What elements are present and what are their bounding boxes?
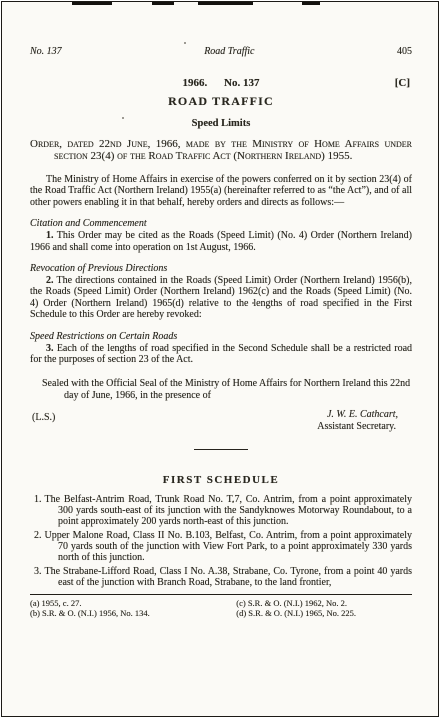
scan-artifact: [72, 2, 112, 5]
paragraph-number: 3.: [46, 343, 54, 354]
footnote: (b) S.R. & O. (N.I.) 1956, No. 134.: [30, 608, 236, 618]
masthead-number: No. 137: [224, 77, 259, 89]
paragraph-number: 2.: [46, 275, 54, 286]
footnote: (d) S.R. & O. (N.I.) 1965, No. 225.: [236, 608, 412, 618]
paragraph-text: Each of the lengths of road specified in…: [30, 343, 412, 365]
section-divider-rule: [194, 449, 248, 450]
document-title: ROAD TRAFFIC: [30, 94, 412, 109]
section-heading-revocation: Revocation of Previous Directions: [30, 263, 412, 275]
scan-speck: [184, 42, 186, 44]
scan-artifact: [152, 2, 174, 5]
footnote: (c) S.R. & O. (N.I.) 1962, No. 2.: [236, 598, 412, 608]
schedule-item-text: The Strabane-Lifford Road, Class I No. A…: [45, 566, 413, 588]
scan-speck: [232, 501, 234, 503]
paragraph-number: 1.: [46, 230, 54, 241]
running-head-number: No. 137: [30, 46, 62, 57]
schedule-item: 3.The Strabane-Lifford Road, Class I No.…: [34, 566, 412, 588]
masthead-year: 1966.: [183, 77, 208, 89]
section-heading-speed-restrictions: Speed Restrictions on Certain Roads: [30, 331, 412, 343]
corner-mark: [C]: [395, 77, 410, 89]
schedule-item: 2.Upper Malone Road, Class II No. B.103,…: [34, 530, 412, 563]
schedule-title: FIRST SCHEDULE: [30, 474, 412, 486]
scan-speck: [122, 117, 124, 119]
seal-mark: (L.S.): [32, 412, 55, 423]
masthead: 1966. No. 137 [C]: [30, 77, 412, 89]
preamble: The Ministry of Home Affairs in exercise…: [30, 174, 412, 208]
signatory-title: Assistant Secretary.: [317, 421, 396, 432]
scan-artifact: [198, 2, 253, 5]
schedule-item-number: 1.: [34, 494, 42, 505]
schedule-item-number: 2.: [34, 530, 42, 541]
footnotes: (a) 1955, c. 27. (b) S.R. & O. (N.I.) 19…: [30, 598, 412, 618]
scan-artifact: [302, 2, 320, 5]
running-head-title: Road Traffic: [204, 46, 254, 57]
section-paragraph-3: 3. Each of the lengths of road specified…: [30, 343, 412, 366]
running-head-page: 405: [397, 46, 412, 57]
paragraph-text: This Order may be cited as the Roads (Sp…: [30, 230, 412, 252]
section-heading-citation: Citation and Commencement: [30, 218, 412, 230]
footnote-rule: [30, 594, 412, 595]
schedule-item-number: 3.: [34, 566, 42, 577]
section-paragraph-1: 1. This Order may be cited as the Roads …: [30, 230, 412, 253]
sealing-clause: Sealed with the Official Seal of the Min…: [30, 378, 412, 401]
schedule-item-text: Upper Malone Road, Class II No. B.103, B…: [45, 530, 413, 563]
footnote-column-right: (c) S.R. & O. (N.I.) 1962, No. 2. (d) S.…: [236, 598, 412, 618]
footnote-column-left: (a) 1955, c. 27. (b) S.R. & O. (N.I.) 19…: [30, 598, 236, 618]
scanned-page: No. 137 Road Traffic 405 1966. No. 137 […: [1, 1, 439, 717]
document-subtitle: Speed Limits: [30, 118, 412, 129]
signature-block: (L.S.) J. W. E. Cathcart, Assistant Secr…: [30, 409, 412, 435]
paragraph-text: The directions contained in the Roads (S…: [30, 275, 412, 320]
running-head: No. 137 Road Traffic 405: [30, 46, 412, 57]
scan-speck: [252, 302, 254, 304]
signatory-name: J. W. E. Cathcart,: [327, 409, 398, 420]
section-paragraph-2: 2. The directions contained in the Roads…: [30, 275, 412, 321]
schedule-item-text: The Belfast-Antrim Road, Trunk Road No. …: [45, 494, 413, 527]
schedule-item: 1.The Belfast-Antrim Road, Trunk Road No…: [34, 494, 412, 527]
footnote: (a) 1955, c. 27.: [30, 598, 236, 608]
order-caption: Order, dated 22nd June, 1966, made by th…: [30, 138, 412, 162]
